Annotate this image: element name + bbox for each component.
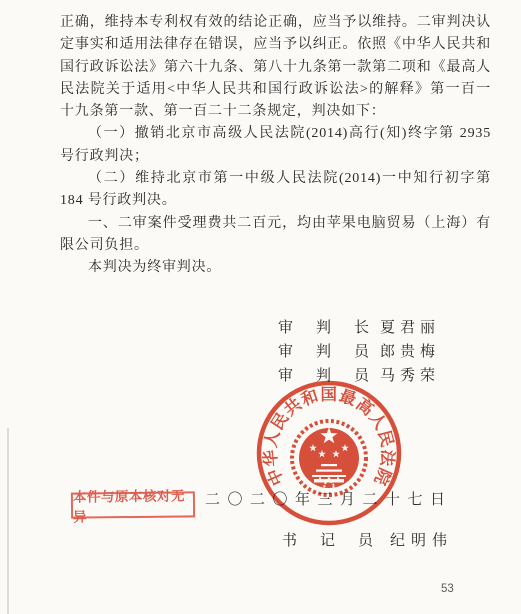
judge-name: 郎贵梅 [380, 340, 440, 361]
national-emblem-icon [292, 421, 366, 495]
paragraph-ruling-1: （一）撤销北京市高级人民法院(2014)高行(知)终字第 2935 号行政判决； [60, 123, 491, 168]
signature-block: 审 判 长夏君丽 审 判 员郎贵梅 审 判 员马秀荣 [278, 316, 440, 388]
verification-stamp: 本件与原本核对无异 [71, 491, 195, 518]
court-seal-graphic: 中华人民共和国最高人民法院 [253, 380, 403, 530]
judgment-page: 正确，维持本专利权有效的结论正确，应当予以维持。二审判决认定事实和适用法律存在错… [0, 0, 521, 614]
judge-role: 审 判 长 [278, 316, 373, 337]
paragraph-fees: 一、二审案件受理费共二百元，均由苹果电脑贸易（上海）有限公司负担。 [60, 213, 491, 258]
paragraph-final: 本判决为终审判决。 [60, 257, 491, 279]
clerk-name: 纪明伟 [390, 529, 453, 550]
paragraph-ruling-2: （二）维持北京市第一中级人民法院(2014)一中知行初字第 184 号行政判决。 [60, 168, 491, 213]
judge-role: 审 判 员 [278, 340, 373, 361]
scan-edge-artifact [7, 428, 9, 614]
clerk-role: 书 记 员 [282, 529, 377, 550]
signature-row: 审 判 员郎贵梅 [278, 340, 440, 364]
court-seal: 中华人民共和国最高人民法院 [253, 380, 403, 530]
clerk-row: 书 记 员纪明伟 [282, 529, 453, 550]
judgment-body: 正确，维持本专利权有效的结论正确，应当予以维持。二审判决认定事实和适用法律存在错… [60, 12, 491, 280]
paragraph-conclusion: 正确，维持本专利权有效的结论正确，应当予以维持。二审判决认定事实和适用法律存在错… [60, 12, 491, 123]
signature-row: 审 判 长夏君丽 [278, 316, 440, 340]
page-number: 53 [441, 583, 454, 595]
judge-name: 夏君丽 [380, 316, 440, 337]
